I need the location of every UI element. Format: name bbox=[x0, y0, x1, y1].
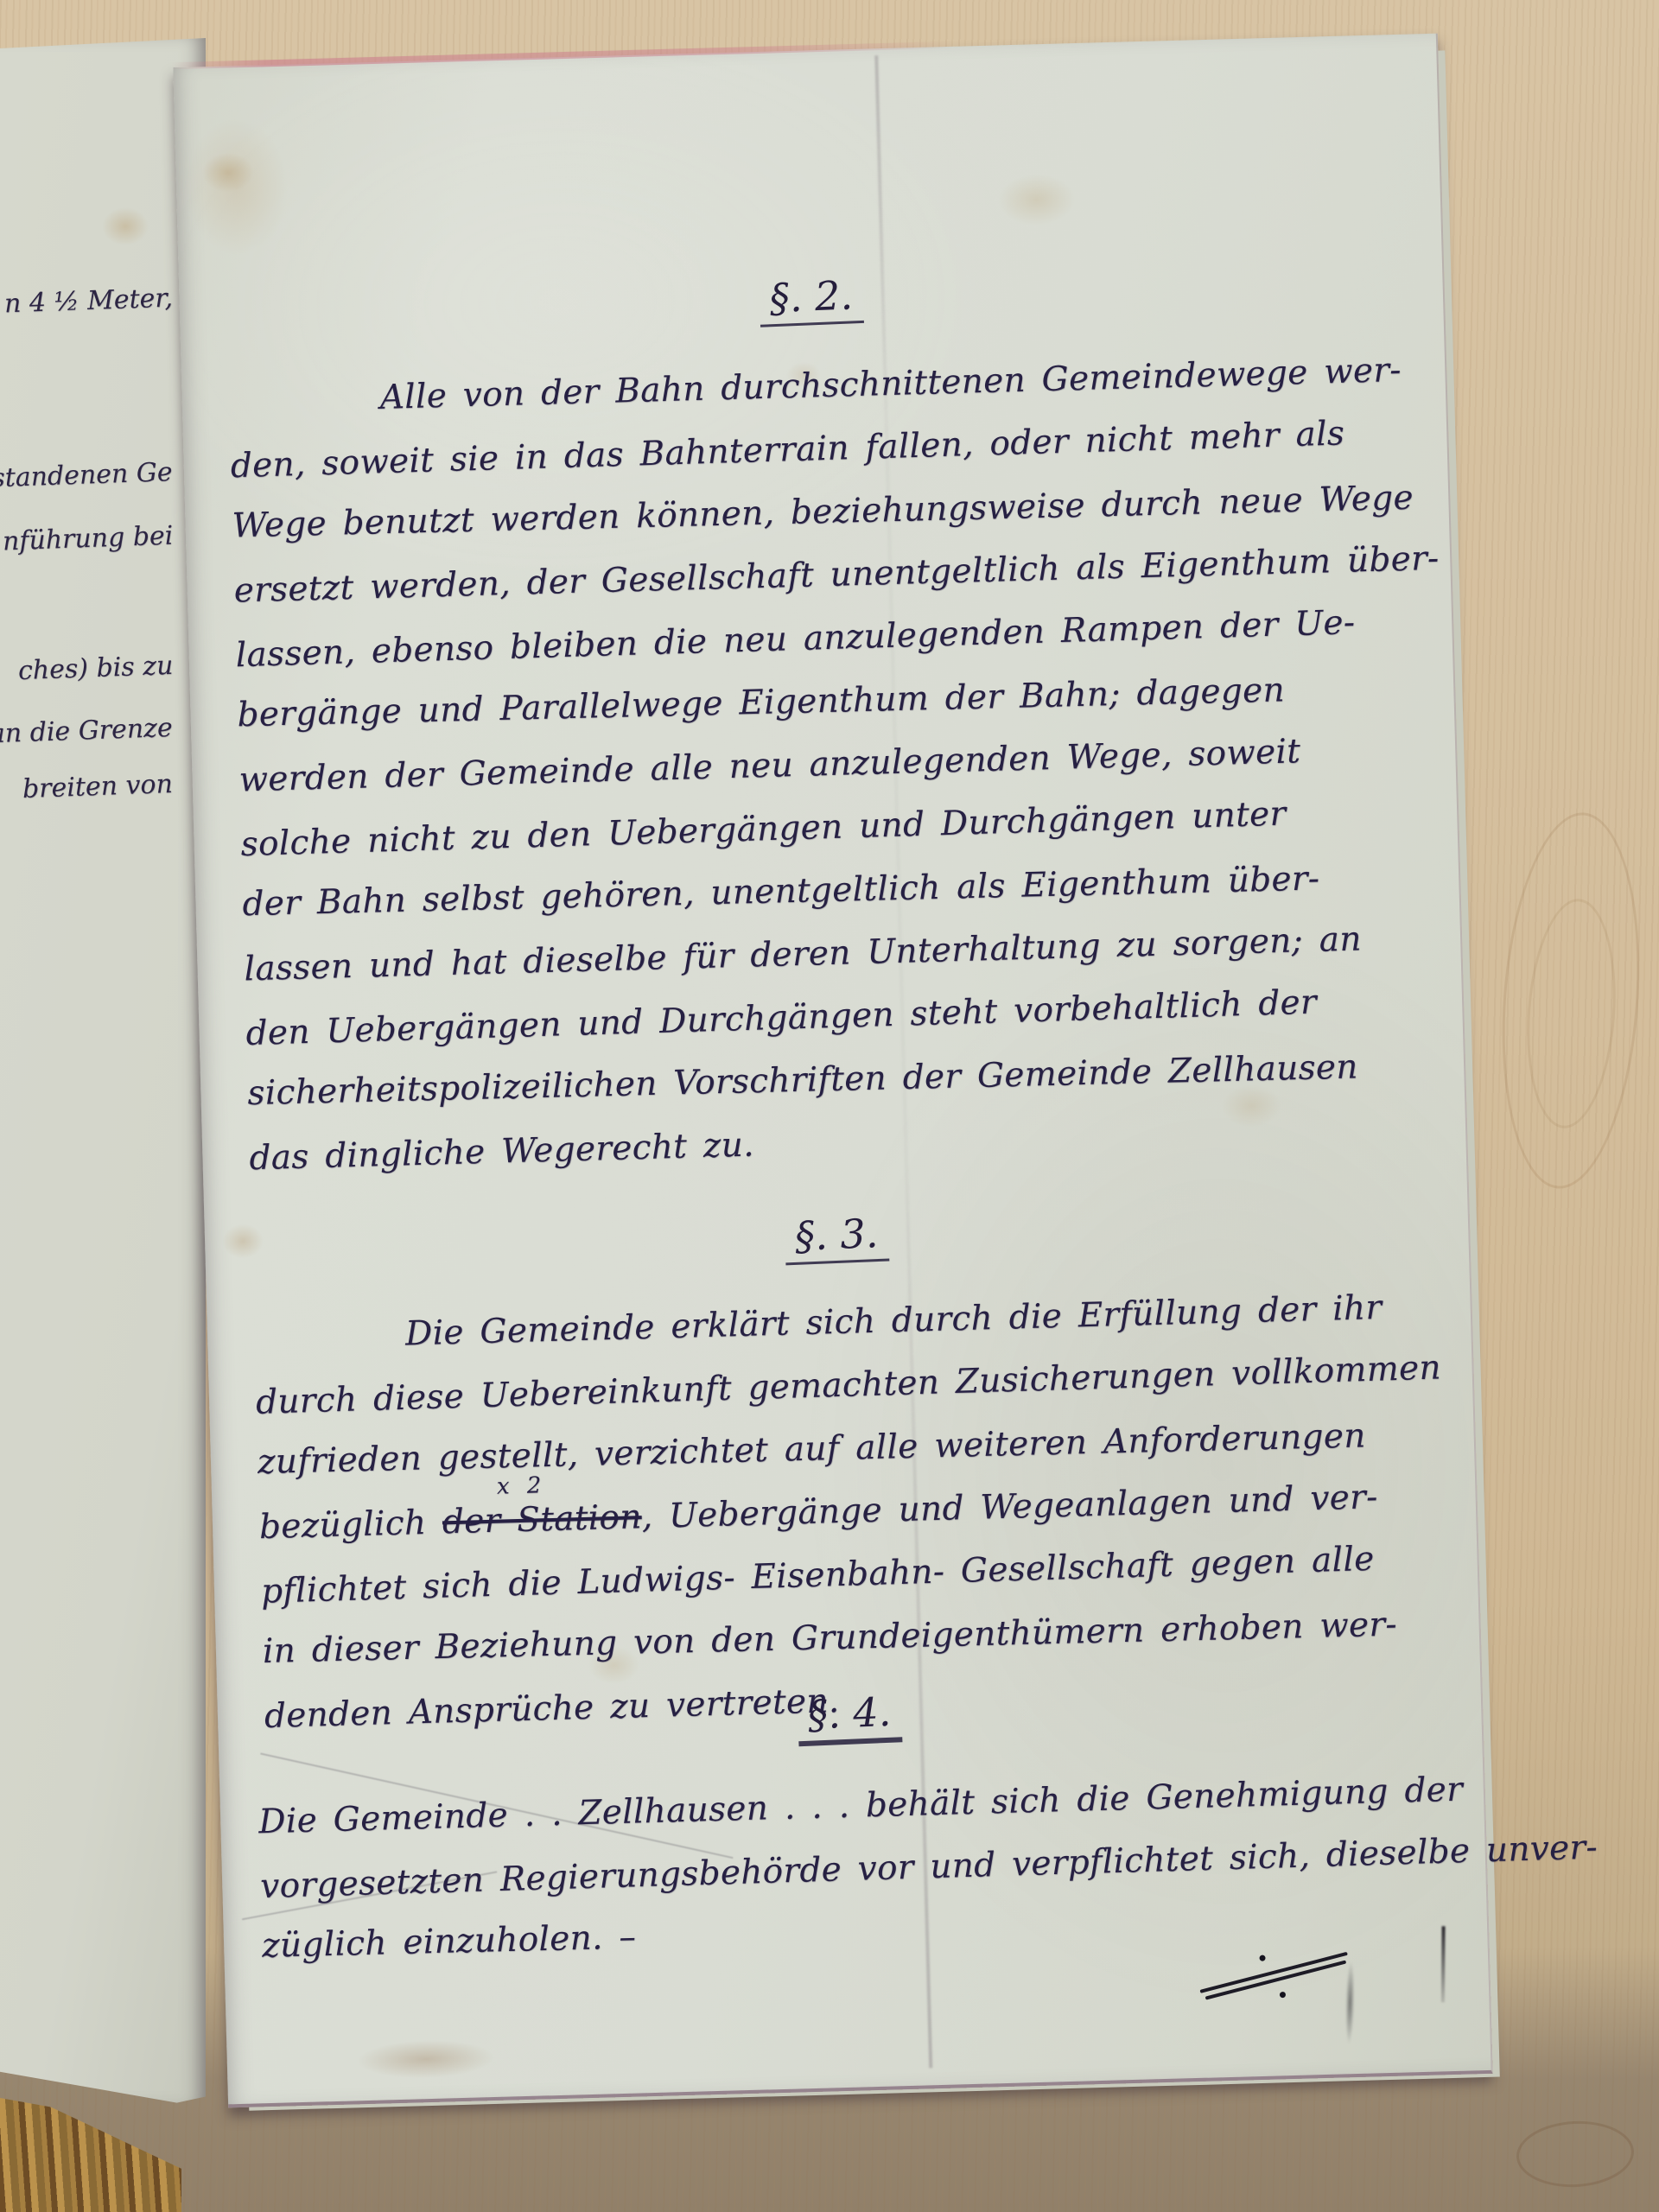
interlinear-annotation: x 2 bbox=[497, 1474, 544, 1497]
section-4-paragraph: Die Gemeinde . . Zellhausen . . . behält… bbox=[257, 1754, 1600, 1980]
turn-mark-dot bbox=[1259, 1955, 1267, 1962]
turn-mark-stroke bbox=[1199, 1952, 1347, 1993]
fragment-line: nführung bei bbox=[2, 524, 173, 556]
binding-spine-wood-strip bbox=[0, 2098, 181, 2212]
section-heading-3-text: §. 3. bbox=[784, 1213, 889, 1266]
struck-out-text: der Stationx 2 bbox=[442, 1497, 642, 1541]
fragment-line: breiten von bbox=[22, 772, 174, 803]
paper-stain bbox=[183, 117, 290, 257]
manuscript-page: §. 2. Alle von der Bahn durchschnittenen… bbox=[173, 34, 1492, 2108]
left-sheet-edge: n 4 ½ Meter, nstandenen Ge nführung bei … bbox=[0, 38, 206, 2105]
photo-of-manuscript: n 4 ½ Meter, nstandenen Ge nführung bei … bbox=[0, 0, 1659, 2212]
section-heading-3: §. 3. bbox=[205, 1198, 1469, 1281]
turn-mark-stroke bbox=[1205, 1961, 1346, 2000]
ink-stroke bbox=[1441, 1926, 1446, 2002]
turn-mark-dot bbox=[1279, 1991, 1287, 1999]
section-heading-2: §. 2. bbox=[179, 260, 1443, 343]
paper-stain bbox=[997, 173, 1077, 226]
strike-line-prefix: bezüglich bbox=[258, 1503, 442, 1547]
fragment-line: nstandenen Ge bbox=[0, 460, 173, 493]
ink-smudge bbox=[1344, 1961, 1355, 2044]
section-heading-2-text: §. 2. bbox=[759, 275, 864, 327]
section-2-paragraph: Alle von der Bahn durchschnittenen Gemei… bbox=[228, 338, 1455, 1190]
section-heading-4-text: §. 4. bbox=[797, 1691, 902, 1746]
fragment-line: n 4 ½ Meter, bbox=[4, 286, 174, 318]
fragment-line: ches) bis zu bbox=[17, 653, 173, 684]
fragment-line: s an die Grenze bbox=[0, 715, 173, 748]
paper-stain bbox=[201, 152, 254, 194]
paper-stain bbox=[356, 2038, 495, 2080]
struck-words: der Station bbox=[442, 1497, 642, 1541]
strike-line-suffix: , Uebergänge und Wegeanlagen und ver- bbox=[641, 1478, 1378, 1536]
section-3-paragraph: Die Gemeinde erklärt sich durch die Erfü… bbox=[253, 1274, 1451, 1748]
paper-stain bbox=[102, 207, 149, 245]
wood-grain-knot bbox=[1515, 2118, 1636, 2190]
